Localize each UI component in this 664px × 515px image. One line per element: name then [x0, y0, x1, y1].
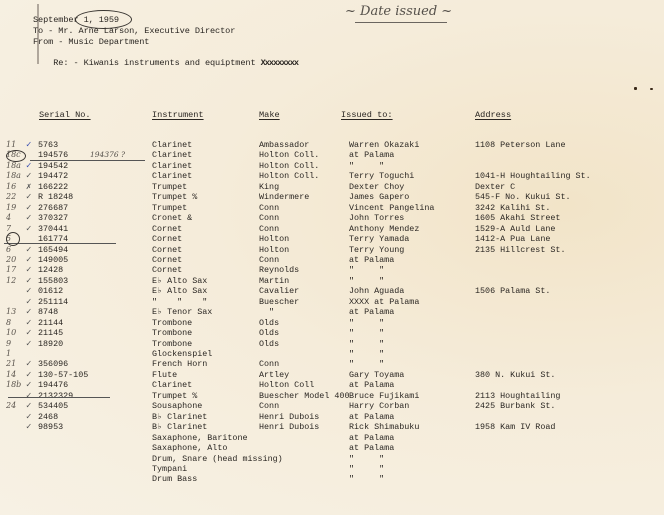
row-circle-mark [6, 232, 20, 246]
serial-number: 155803 [38, 276, 68, 286]
make: Conn [259, 224, 279, 234]
make: Martin [259, 276, 289, 286]
table-row: Tympani" " [0, 464, 664, 474]
instrument: Cornet [152, 234, 182, 244]
table-row: ✓01612E♭ Alto SaxCavalierJohn Aguada1506… [0, 286, 664, 296]
table-row: Saxaphone, Baritoneat Palama [0, 433, 664, 443]
table-row: 9✓18920TromboneOlds" " [0, 339, 664, 349]
serial-number: 276687 [38, 203, 68, 213]
table-row: ✓98953B♭ ClarinetHenri DuboisRick Shimab… [0, 422, 664, 432]
col-header-address: Address [475, 110, 511, 120]
make: Buescher [259, 297, 299, 307]
check-mark-icon: ✓ [26, 276, 31, 286]
table-row: 18a✓194542ClarinetHolton Coll." " [0, 161, 664, 171]
issued-to: Dexter Choy [349, 182, 404, 192]
table-row: 4✓370327Cronet &ConnJohn Torres1605 Akah… [0, 213, 664, 223]
row-handwritten-number: 21 [6, 359, 16, 369]
make: Holton Coll. [259, 150, 319, 160]
serial-number: 356096 [38, 359, 68, 369]
instrument: Clarinet [152, 380, 192, 390]
issued-to: Gary Toyama [349, 370, 404, 380]
instrument: Clarinet [152, 171, 192, 181]
instrument: B♭ Clarinet [152, 422, 207, 432]
serial-number: 370441 [38, 224, 68, 234]
table-row: 13✓8748E♭ Tenor Sax "at Palama [0, 307, 664, 317]
table-row: 7✓370441CornetConnAnthony Mendez1529-A A… [0, 224, 664, 234]
address: 1412-A Pua Lane [475, 234, 550, 244]
serial-number: 01612 [38, 286, 63, 296]
serial-number: 2468 [38, 412, 58, 422]
issued-to: James Gapero [349, 192, 409, 202]
row-handwritten-number: 16 [6, 182, 16, 192]
check-mark-icon: ✓ [26, 140, 31, 150]
instrument: E♭ Alto Sax [152, 286, 207, 296]
issued-to: at Palama [349, 433, 394, 443]
make: Holton Coll [259, 380, 314, 390]
serial-number: 21144 [38, 318, 63, 328]
check-mark-icon: ✓ [26, 359, 31, 369]
row-handwritten-number: 20 [6, 255, 16, 265]
issued-to: at Palama [349, 380, 394, 390]
make: Olds [259, 328, 279, 338]
row-handwritten-number: 18a [6, 161, 21, 171]
issued-to: " " [349, 359, 384, 369]
table-row: Drum, Snare (head missing)" " [0, 454, 664, 464]
handwritten-underline [4, 243, 116, 244]
address: 1958 Kam IV Road [475, 422, 555, 432]
issued-to: " " [349, 161, 384, 171]
instrument: Saxaphone, Baritone [152, 433, 248, 443]
table-row: 6✓165494CornetHoltonTerry Young2135 Hill… [0, 245, 664, 255]
check-mark-icon: ✓ [26, 401, 31, 411]
memo-re-text: Re: - Kiwanis instruments and equiptment [53, 58, 255, 68]
serial-number: 18920 [38, 339, 63, 349]
table-row: 19✓276687TrumpetConnVincent Pangelina324… [0, 203, 664, 213]
make: Conn [259, 203, 279, 213]
instrument: " " " [152, 297, 207, 307]
serial-number: 194476 [38, 380, 68, 390]
note-underline [355, 22, 447, 23]
check-mark-icon: ✓ [26, 224, 31, 234]
row-handwritten-number: 18a [6, 171, 21, 181]
instrument: Trombone [152, 339, 192, 349]
serial-number: 534405 [38, 401, 68, 411]
serial-number: 98953 [38, 422, 63, 432]
make: Conn [259, 401, 279, 411]
make: Conn [259, 359, 279, 369]
issued-to: Vincent Pangelina [349, 203, 434, 213]
issued-to: " " [349, 318, 384, 328]
check-mark-icon: ✓ [26, 297, 31, 307]
serial-number: 166222 [38, 182, 68, 192]
row-handwritten-number: 8 [6, 318, 11, 328]
table-row: Saxaphone, Altoat Palama [0, 443, 664, 453]
col-header-serial: Serial No. [39, 110, 91, 120]
table-row: 20✓149005CornetConnat Palama [0, 255, 664, 265]
row-handwritten-number: 19 [6, 203, 16, 213]
address: 1605 Akahi Street [475, 213, 560, 223]
make: Holton [259, 234, 289, 244]
table-row: 1Glockenspiel" " [0, 349, 664, 359]
issued-to: at Palama [349, 307, 394, 317]
issued-to: " " [349, 276, 384, 286]
issued-to: at Palama [349, 150, 394, 160]
serial-number: 149005 [38, 255, 68, 265]
table-row: 18b✓194476ClarinetHolton Collat Palama [0, 380, 664, 390]
issued-to: Bruce Fujikami [349, 391, 419, 401]
row-handwritten-number: 12 [6, 276, 16, 286]
handwritten-underline [8, 397, 110, 398]
instrument: Trumpet [152, 182, 187, 192]
check-mark-icon: ✓ [26, 328, 31, 338]
instrument: Clarinet [152, 161, 192, 171]
memo-re-struck: Xxxxxxxxx [261, 58, 298, 68]
make: Reynolds [259, 265, 299, 275]
make: Henri Dubois [259, 422, 319, 432]
issued-to: Anthony Mendez [349, 224, 419, 234]
instrument: B♭ Clarinet [152, 412, 207, 422]
memo-to: To - Mr. Arne Larson, Executive Director [33, 26, 235, 36]
instrument: Trombone [152, 318, 192, 328]
instrument: Saxaphone, Alto [152, 443, 227, 453]
check-mark-icon: ✓ [26, 245, 31, 255]
check-mark-icon: ✓ [26, 339, 31, 349]
instrument: Cronet & [152, 213, 192, 223]
check-mark-icon: ✓ [26, 307, 31, 317]
serial-number: 12428 [38, 265, 63, 275]
check-mark-icon: ✓ [26, 265, 31, 275]
address: 1506 Palama St. [475, 286, 550, 296]
make: Olds [259, 339, 279, 349]
table-row: 8✓21144TromboneOlds" " [0, 318, 664, 328]
check-mark-icon: ✓ [26, 255, 31, 265]
table-row: 10✓21145TromboneOlds" " [0, 328, 664, 338]
instrument: Trumpet [152, 203, 187, 213]
serial-number: 370327 [38, 213, 68, 223]
instrument: French Horn [152, 359, 207, 369]
check-mark-icon: ✓ [26, 318, 31, 328]
make: Windermere [259, 192, 309, 202]
serial-number: 5763 [38, 140, 58, 150]
address: 1108 Peterson Lane [475, 140, 565, 150]
table-row: 21✓356096French HornConn" " [0, 359, 664, 369]
issued-to: at Palama [349, 255, 394, 265]
make: Holton Coll. [259, 161, 319, 171]
instrument: Tympani [152, 464, 187, 474]
serial-number: R 18248 [38, 192, 73, 202]
col-header-issued: Issued to: [341, 110, 393, 120]
row-handwritten-number: 1 [6, 349, 11, 359]
check-mark-icon: ✓ [26, 213, 31, 223]
table-row: 24✓534405SousaphoneConnHarry Corban2425 … [0, 401, 664, 411]
check-mark-icon: ✓ [26, 412, 31, 422]
check-mark-icon: ✓ [26, 161, 31, 171]
serial-number: 8748 [38, 307, 58, 317]
instrument: Cornet [152, 255, 182, 265]
col-header-make: Make [259, 110, 280, 120]
serial-number: 251114 [38, 297, 68, 307]
instrument: Trombone [152, 328, 192, 338]
row-handwritten-number: 24 [6, 401, 16, 411]
row-handwritten-number: 22 [6, 192, 16, 202]
issued-to: at Palama [349, 412, 394, 422]
check-mark-icon: ✓ [26, 422, 31, 432]
address: 2135 Hillcrest St. [475, 245, 565, 255]
check-mark-icon: ✓ [26, 171, 31, 181]
serial-number: 194542 [38, 161, 68, 171]
issued-to: Rick Shimabuku [349, 422, 419, 432]
address: 2113 Houghtailing [475, 391, 560, 401]
table-row: Drum Bass" " [0, 474, 664, 484]
memo-page: September 1, 1959 To - Mr. Arne Larson, … [0, 0, 664, 515]
instrument: Clarinet [152, 140, 192, 150]
issued-to: John Torres [349, 213, 404, 223]
issued-to: Terry Young [349, 245, 404, 255]
address: 545-F No. Kukui St. [475, 192, 571, 202]
row-handwritten-number: 9 [6, 339, 11, 349]
handwritten-note: ~ Date issued ~ [345, 4, 452, 19]
instrument: Drum Bass [152, 474, 197, 484]
paper-spot [634, 87, 637, 90]
issued-to: Terry Yamada [349, 234, 409, 244]
check-mark-icon: ✓ [26, 380, 31, 390]
row-handwritten-number: 18b [6, 380, 21, 390]
address: 1041-H Houghtailing St. [475, 171, 591, 181]
row-handwritten-number: 13 [6, 307, 16, 317]
row-handwritten-number: 4 [6, 213, 11, 223]
issued-to: " " [349, 328, 384, 338]
memo-re: Re: - Kiwanis instruments and equiptment… [33, 48, 298, 78]
issued-to: " " [349, 464, 384, 474]
col-header-instrument: Instrument [152, 110, 204, 120]
address: 2425 Burbank St. [475, 401, 555, 411]
row-handwritten-number: 11 [6, 140, 16, 150]
row-handwritten-number: 6 [6, 245, 11, 255]
issued-to: " " [349, 349, 384, 359]
issued-to: Terry Toguchi [349, 171, 414, 181]
issued-to: XXXX at Palama [349, 297, 419, 307]
serial-number: 165494 [38, 245, 68, 255]
check-mark-icon: ✓ [26, 286, 31, 296]
address: 380 N. Kukui St. [475, 370, 555, 380]
make: Holton [259, 245, 289, 255]
address: Dexter C [475, 182, 515, 192]
handwritten-underline [30, 160, 145, 161]
instrument: E♭ Tenor Sax [152, 307, 212, 317]
make: Holton Coll. [259, 171, 319, 181]
table-row: ✓251114" " "BuescherXXXX at Palama [0, 297, 664, 307]
issued-to: " " [349, 474, 384, 484]
make: Henri Dubois [259, 412, 319, 422]
table-row: 18a✓194472ClarinetHolton Coll.Terry Togu… [0, 171, 664, 181]
make: King [259, 182, 279, 192]
make: Artley [259, 370, 289, 380]
check-mark-icon: ✓ [26, 192, 31, 202]
make: Buescher Model 400 [259, 391, 349, 401]
serial-number: 194472 [38, 171, 68, 181]
row-circle-mark [6, 150, 26, 162]
serial-number: 130-57-105 [38, 370, 88, 380]
check-mark-icon: ✓ [26, 391, 31, 401]
memo-from: From - Music Department [33, 37, 149, 47]
instrument: Cornet [152, 245, 182, 255]
make: Cavalier [259, 286, 299, 296]
paper-spot [650, 88, 653, 90]
issued-to: at Palama [349, 443, 394, 453]
make: " [259, 307, 274, 317]
table-row: 17✓12428CornetReynolds" " [0, 265, 664, 275]
row-handwritten-number: 17 [6, 265, 16, 275]
issued-to: " " [349, 265, 384, 275]
instrument: Glockenspiel [152, 349, 212, 359]
issued-to: John Aguada [349, 286, 404, 296]
make: Ambassador [259, 140, 309, 150]
serial-number: 2132329 [38, 391, 73, 401]
instrument: Clarinet [152, 150, 192, 160]
make: Conn [259, 213, 279, 223]
address: 3242 Kalihi St. [475, 203, 550, 213]
instrument: Trumpet % [152, 391, 197, 401]
table-row: 22✓R 18248Trumpet %WindermereJames Gaper… [0, 192, 664, 202]
check-mark-icon: ✓ [26, 370, 31, 380]
row-handwritten-number: 10 [6, 328, 16, 338]
serial-number: 21145 [38, 328, 63, 338]
table-row: 16✗166222TrumpetKingDexter ChoyDexter C [0, 182, 664, 192]
issued-to: Warren Okazaki [349, 140, 419, 150]
table-row: 14✓130-57-105FluteArtleyGary Toyama380 N… [0, 370, 664, 380]
check-mark-icon: ✗ [26, 182, 31, 192]
table-row: 12✓155803E♭ Alto SaxMartin" " [0, 276, 664, 286]
table-row: 11✓5763ClarinetAmbassadorWarren Okazaki1… [0, 140, 664, 150]
table-row: ✓2132329Trumpet %Buescher Model 400Bruce… [0, 391, 664, 401]
address: 1529-A Auld Lane [475, 224, 555, 234]
instrument: E♭ Alto Sax [152, 276, 207, 286]
row-handwritten-number: 14 [6, 370, 16, 380]
instrument: Cornet [152, 224, 182, 234]
issued-to: Harry Corban [349, 401, 409, 411]
check-mark-icon: ✓ [26, 203, 31, 213]
make: Olds [259, 318, 279, 328]
make: Conn [259, 255, 279, 265]
instrument: Cornet [152, 265, 182, 275]
instrument: Drum, Snare (head missing) [152, 454, 283, 464]
issued-to: " " [349, 454, 384, 464]
instrument: Flute [152, 370, 177, 380]
instrument: Sousaphone [152, 401, 202, 411]
issued-to: " " [349, 339, 384, 349]
instrument: Trumpet % [152, 192, 197, 202]
table-row: ✓2468B♭ ClarinetHenri Duboisat Palama [0, 412, 664, 422]
